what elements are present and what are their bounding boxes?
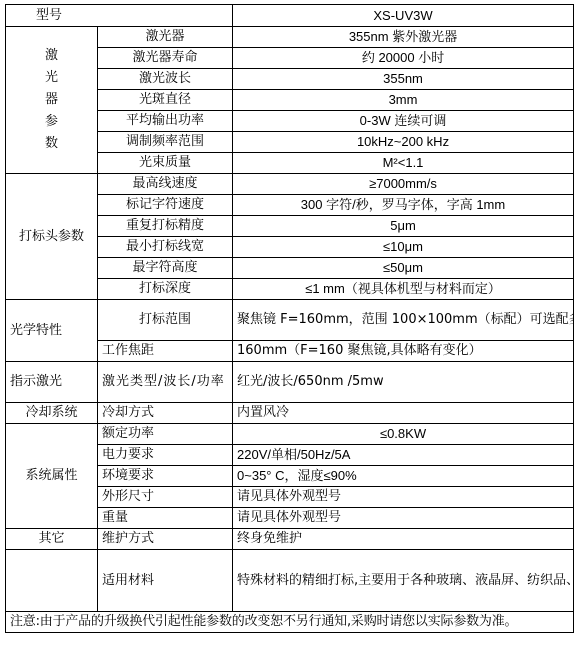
param-value: ≥7000mm/s	[233, 174, 574, 195]
disclaimer-note: 注意:由于产品的升级换代引起性能参数的改变恕不另行通知,采购时请您以实际参数为准…	[6, 612, 574, 633]
row-rated-power: 系统属性 额定功率 ≤0.8KW	[6, 424, 574, 445]
row-cooling: 冷却系统 冷却方式 内置风冷	[6, 403, 574, 424]
empty-cell	[6, 550, 98, 612]
param-value: M²<1.1	[233, 153, 574, 174]
param-label: 光斑直径	[98, 90, 233, 111]
param-value: 0-3W 连续可调	[233, 111, 574, 132]
param-value: 约 20000 小时	[233, 48, 574, 69]
param-label: 重量	[98, 508, 233, 529]
param-label: 工作焦距	[98, 341, 233, 362]
param-value: 355nm 紫外激光器	[233, 27, 574, 48]
param-label: 激光类型/波长/功率	[98, 362, 233, 403]
row-laser: 激 光 器 参 数 激光器 355nm 紫外激光器	[6, 27, 574, 48]
param-value: 10kHz~200 kHz	[233, 132, 574, 153]
row-marking-range: 光学特性 打标范围 聚焦镜 F=160mm，范围 100×100mm（标配）可选…	[6, 300, 574, 341]
row-note: 注意:由于产品的升级换代引起性能参数的改变恕不另行通知,采购时请您以实际参数为准…	[6, 612, 574, 633]
param-value: 3mm	[233, 90, 574, 111]
param-label: 标记字符速度	[98, 195, 233, 216]
group-marking-head: 打标头参数	[6, 174, 98, 300]
param-value: 聚焦镜 F=160mm，范围 100×100mm（标配）可选配多种范围	[233, 300, 574, 341]
param-value: ≤50μm	[233, 258, 574, 279]
param-label: 平均输出功率	[98, 111, 233, 132]
group-char: 光	[10, 67, 93, 89]
row-applicable-materials: 适用材料 特殊材料的精细打标,主要用于各种玻璃、液晶屏、纺织品、薄片陶瓷、半导体…	[6, 550, 574, 612]
param-value: 220V/单相/50Hz/5A	[233, 445, 574, 466]
param-label: 冷却方式	[98, 403, 233, 424]
group-system: 系统属性	[6, 424, 98, 529]
param-label: 光束质量	[98, 153, 233, 174]
param-value: 红光/波长/650nm /5mw	[233, 362, 574, 403]
param-value: ≤0.8KW	[233, 424, 574, 445]
row-max-line-speed: 打标头参数 最高线速度 ≥7000mm/s	[6, 174, 574, 195]
param-label: 额定功率	[98, 424, 233, 445]
group-char: 数	[10, 133, 93, 155]
model-value: XS-UV3W	[233, 5, 574, 27]
param-value: 5μm	[233, 216, 574, 237]
param-value: 300 字符/秒，罗马字体，字高 1mm	[233, 195, 574, 216]
param-value: 内置风冷	[233, 403, 574, 424]
param-label: 打标深度	[98, 279, 233, 300]
group-char: 参	[10, 111, 93, 133]
param-value: 请见具体外观型号	[233, 508, 574, 529]
param-label: 外形尺寸	[98, 487, 233, 508]
param-label: 激光器	[98, 27, 233, 48]
param-value: ≤1 mm（视具体机型与材料而定）	[233, 279, 574, 300]
param-value: 160mm（F=160 聚焦镜,具体略有变化）	[233, 341, 574, 362]
param-value: 终身免维护	[233, 529, 574, 550]
model-label: 型号	[6, 5, 233, 27]
row-maintenance: 其它 维护方式 终身免维护	[6, 529, 574, 550]
param-label: 维护方式	[98, 529, 233, 550]
param-value: 0~35° C，湿度≤90%	[233, 466, 574, 487]
group-char: 器	[10, 89, 93, 111]
group-other: 其它	[6, 529, 98, 550]
group-optical: 光学特性	[6, 300, 98, 362]
group-char: 激	[10, 45, 93, 67]
param-label: 最高线速度	[98, 174, 233, 195]
param-label: 适用材料	[98, 550, 233, 612]
param-value: ≤10μm	[233, 237, 574, 258]
param-label: 激光器寿命	[98, 48, 233, 69]
param-label: 环境要求	[98, 466, 233, 487]
param-label: 最字符高度	[98, 258, 233, 279]
group-indicator: 指示激光	[6, 362, 98, 403]
group-cooling: 冷却系统	[6, 403, 98, 424]
spec-table: 型号 XS-UV3W 激 光 器 参 数 激光器 355nm 紫外激光器 激光器…	[5, 4, 574, 633]
param-value: 请见具体外观型号	[233, 487, 574, 508]
row-indicator-laser: 指示激光 激光类型/波长/功率 红光/波长/650nm /5mw	[6, 362, 574, 403]
param-value: 特殊材料的精细打标,主要用于各种玻璃、液晶屏、纺织品、薄片陶瓷、半导体硅片、IC…	[233, 550, 574, 612]
param-label: 最小打标线宽	[98, 237, 233, 258]
group-laser-params: 激 光 器 参 数	[6, 27, 98, 174]
param-label: 电力要求	[98, 445, 233, 466]
row-model: 型号 XS-UV3W	[6, 5, 574, 27]
param-label: 激光波长	[98, 69, 233, 90]
param-value: 355nm	[233, 69, 574, 90]
param-label: 打标范围	[98, 300, 233, 341]
param-label: 调制频率范围	[98, 132, 233, 153]
param-label: 重复打标精度	[98, 216, 233, 237]
